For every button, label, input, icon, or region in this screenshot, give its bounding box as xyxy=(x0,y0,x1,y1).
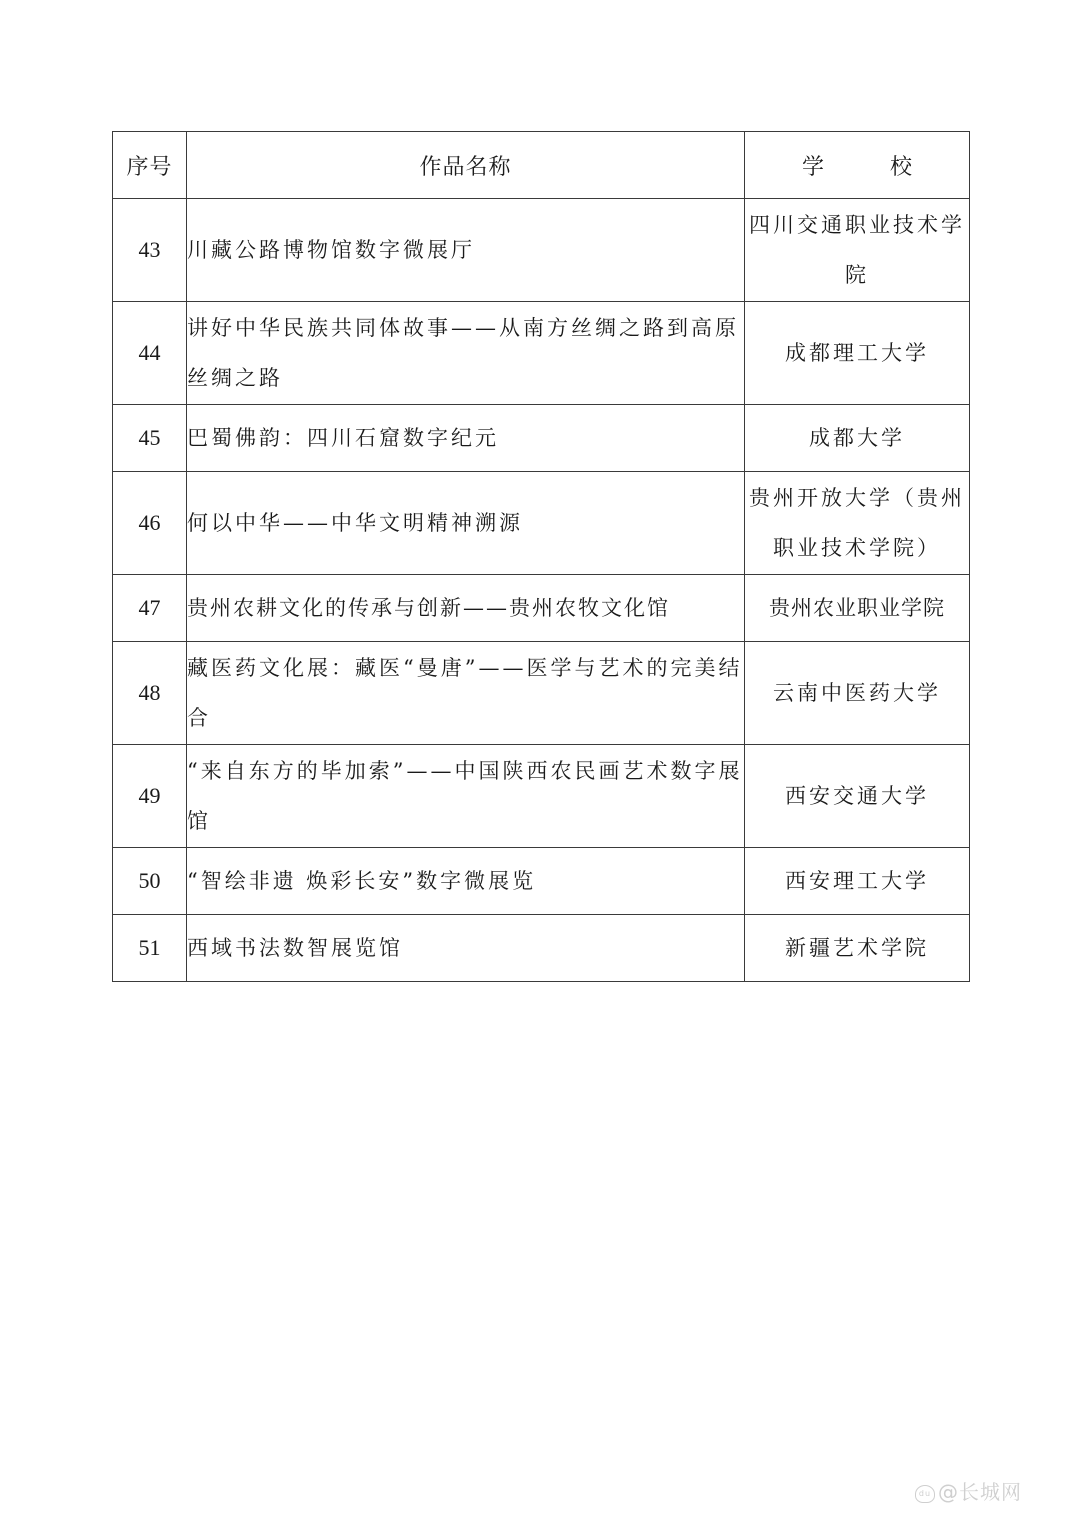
works-table: 序号 作品名称 学 校 43 川藏公路博物馆数字微展厅 四川交通职业技术学院 4… xyxy=(112,131,970,982)
row-no: 46 xyxy=(113,472,187,575)
row-school: 成都理工大学 xyxy=(745,302,970,405)
table-row: 46 何以中华——中华文明精神溯源 贵州开放大学（贵州职业技术学院） xyxy=(113,472,970,575)
row-school: 成都大学 xyxy=(745,405,970,472)
row-school: 西安交通大学 xyxy=(745,745,970,848)
row-work-name: “智绘非遗 焕彩长安”数字微展览 xyxy=(187,848,745,915)
table-row: 45 巴蜀佛韵：四川石窟数字纪元 成都大学 xyxy=(113,405,970,472)
table-row: 48 藏医药文化展：藏医“曼唐”——医学与艺术的完美结合 云南中医药大学 xyxy=(113,642,970,745)
table-row: 44 讲好中华民族共同体故事——从南方丝绸之路到高原丝绸之路 成都理工大学 xyxy=(113,302,970,405)
row-school: 云南中医药大学 xyxy=(745,642,970,745)
row-school: 四川交通职业技术学院 xyxy=(745,199,970,302)
header-school: 学 校 xyxy=(745,132,970,199)
table-header-row: 序号 作品名称 学 校 xyxy=(113,132,970,199)
row-no: 45 xyxy=(113,405,187,472)
table-row: 51 西域书法数智展览馆 新疆艺术学院 xyxy=(113,915,970,982)
row-no: 44 xyxy=(113,302,187,405)
baidu-paw-icon: du xyxy=(915,1485,935,1503)
row-school: 西安理工大学 xyxy=(745,848,970,915)
row-work-name: 巴蜀佛韵：四川石窟数字纪元 xyxy=(187,405,745,472)
row-no: 47 xyxy=(113,575,187,642)
row-work-name: 川藏公路博物馆数字微展厅 xyxy=(187,199,745,302)
row-school: 贵州农业职业学院 xyxy=(745,575,970,642)
watermark-text: @长城网 xyxy=(938,1480,1022,1504)
header-no: 序号 xyxy=(113,132,187,199)
row-no: 43 xyxy=(113,199,187,302)
table-row: 49 “来自东方的毕加索”——中国陕西农民画艺术数字展馆 西安交通大学 xyxy=(113,745,970,848)
row-school: 新疆艺术学院 xyxy=(745,915,970,982)
row-work-name: 贵州农耕文化的传承与创新——贵州农牧文化馆 xyxy=(187,575,745,642)
row-work-name: 何以中华——中华文明精神溯源 xyxy=(187,472,745,575)
table-row: 47 贵州农耕文化的传承与创新——贵州农牧文化馆 贵州农业职业学院 xyxy=(113,575,970,642)
row-school: 贵州开放大学（贵州职业技术学院） xyxy=(745,472,970,575)
row-no: 51 xyxy=(113,915,187,982)
row-work-name: 讲好中华民族共同体故事——从南方丝绸之路到高原丝绸之路 xyxy=(187,302,745,405)
table-row: 50 “智绘非遗 焕彩长安”数字微展览 西安理工大学 xyxy=(113,848,970,915)
row-work-name: 藏医药文化展：藏医“曼唐”——医学与艺术的完美结合 xyxy=(187,642,745,745)
row-no: 48 xyxy=(113,642,187,745)
row-work-name: 西域书法数智展览馆 xyxy=(187,915,745,982)
header-name: 作品名称 xyxy=(187,132,745,199)
watermark: du@长城网 xyxy=(915,1476,1022,1505)
row-no: 50 xyxy=(113,848,187,915)
row-no: 49 xyxy=(113,745,187,848)
table-row: 43 川藏公路博物馆数字微展厅 四川交通职业技术学院 xyxy=(113,199,970,302)
row-work-name: “来自东方的毕加索”——中国陕西农民画艺术数字展馆 xyxy=(187,745,745,848)
